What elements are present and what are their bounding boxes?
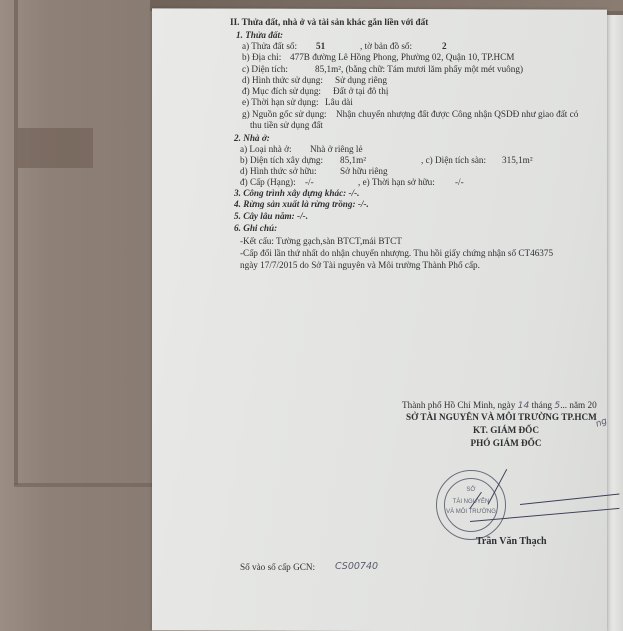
- house-type-label: a) Loại nhà ở:: [240, 144, 292, 155]
- address-value: 477B đường Lê Hồng Phong, Phường 02, Quậ…: [290, 52, 514, 63]
- land-heading: 1. Thửa đất:: [236, 30, 283, 41]
- forest: 4. Rừng sản xuất là rừng trồng: -/-.: [234, 199, 369, 210]
- origin-value: Nhận chuyển nhượng đất được Công nhận QS…: [336, 109, 578, 120]
- other-construction: 3. Công trình xây dựng khác: -/-.: [234, 188, 359, 199]
- date-line: Thành phố Hồ Chí Minh, ngày 14 tháng 5..…: [402, 400, 597, 411]
- registry-label: Số vào sổ cấp GCN:: [240, 562, 315, 573]
- area-label: c) Diện tích:: [242, 64, 288, 75]
- grade-value: -/-: [305, 177, 314, 188]
- stamp-line-3: VÀ MÔI TRƯỜNG: [437, 509, 505, 516]
- signer-position: PHÓ GIÁM ĐỐC: [406, 438, 606, 449]
- map-sheet-number: 2: [442, 41, 447, 52]
- parcel-number: 51: [316, 41, 325, 52]
- origin-value-cont: thu tiền sử dụng đất: [250, 120, 323, 131]
- purpose-label: đ) Mục đích sử dụng:: [242, 86, 321, 97]
- house-heading: 2. Nhà ở:: [234, 133, 270, 144]
- parcel-label: a) Thửa đất số:: [242, 41, 297, 52]
- use-form-value: Sử dụng riêng: [335, 75, 387, 86]
- area-value: 85,1m², (bằng chữ: Tám mươi lăm phẩy một…: [315, 64, 523, 75]
- purpose-value: Đất ở tại đô thị: [333, 86, 388, 97]
- perennial-trees: 5. Cây lâu năm: -/-.: [234, 211, 308, 222]
- signature-stroke: [520, 494, 620, 505]
- notes-structure: -Kết cấu: Tường gạch,sàn BTCT,mái BTCT: [240, 236, 402, 247]
- own-term-value: -/-: [455, 177, 464, 188]
- ownership-value: Sở hữu riêng: [340, 166, 388, 177]
- year-label: năm 20: [569, 400, 596, 410]
- signer-name: Trần Văn Thạch: [476, 536, 547, 547]
- address-label: b) Địa chỉ:: [242, 52, 281, 63]
- date-month: 5: [554, 400, 560, 411]
- certificate-content: II. Thửa đất, nhà ở và tài sản khác gắn …: [0, 0, 623, 631]
- registry-number: CS00740: [335, 561, 378, 572]
- use-form-label: d) Hình thức sử dụng:: [242, 75, 323, 86]
- month-label: tháng: [532, 400, 552, 410]
- map-sheet-label: , tờ bản đồ số:: [360, 41, 412, 52]
- origin-label: g) Nguồn gốc sử dụng:: [242, 109, 327, 120]
- built-area-value: 85,1m²: [340, 155, 366, 166]
- date-prefix: Thành phố Hồ Chí Minh, ngày: [402, 400, 515, 410]
- built-area-label: b) Diện tích xây dựng:: [240, 155, 323, 166]
- ownership-label: d) Hình thức sở hữu:: [240, 166, 317, 177]
- grade-label: đ) Cấp (Hạng):: [240, 177, 296, 188]
- section-title: II. Thửa đất, nhà ở và tài sản khác gắn …: [230, 17, 428, 28]
- notes-heading: 6. Ghi chú:: [234, 223, 277, 234]
- floor-area-value: 315,1m²: [502, 155, 533, 166]
- date-day: 14: [518, 400, 530, 411]
- term-value: Lâu dài: [325, 97, 353, 108]
- handwritten-initial: ng: [594, 416, 609, 430]
- issuing-agency: SỞ TÀI NGUYÊN VÀ MÔI TRƯỜNG TP.HCM: [406, 412, 597, 423]
- own-term-label: , e) Thời hạn sở hữu:: [358, 177, 435, 188]
- notes-reissue: -Cấp đổi lần thứ nhất do nhận chuyển như…: [240, 248, 553, 259]
- house-type-value: Nhà ở riêng lẻ: [310, 144, 363, 155]
- notes-reissue-cont: ngày 17/7/2015 do Sở Tài nguyên và Môi t…: [240, 260, 480, 271]
- term-label: e) Thời hạn sử dụng:: [242, 97, 319, 108]
- floor-area-label: , c) Diện tích sàn:: [421, 155, 486, 166]
- on-behalf-title: KT. GIÁM ĐỐC: [406, 425, 606, 436]
